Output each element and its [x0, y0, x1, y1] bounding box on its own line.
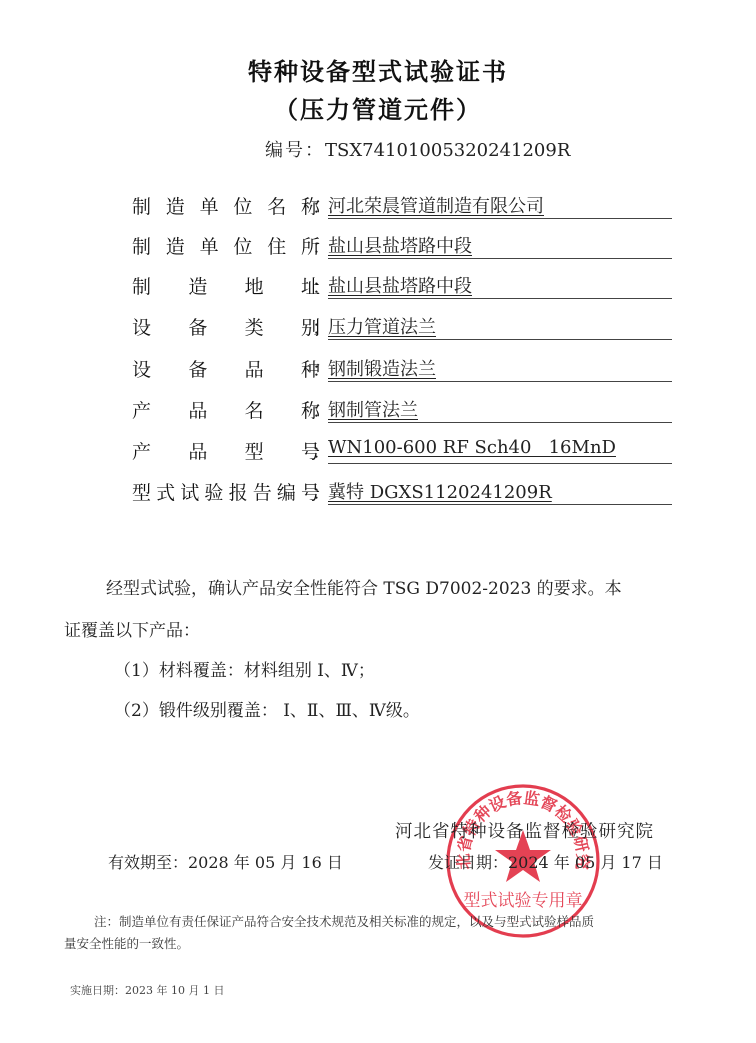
field-value: 钢制管法兰	[328, 396, 672, 423]
field-label: 设备品种	[132, 355, 320, 382]
field-label: 制造单位住所	[132, 232, 320, 259]
note-line-2: 量安全性能的一致性。	[64, 934, 189, 952]
field-value: 钢制锻造法兰	[328, 355, 672, 382]
field-label-char: 报	[229, 478, 248, 505]
issuing-authority: 河北省特种设备监督检验研究院	[395, 818, 654, 843]
field-value-text: 盐山县盐塔路中段	[328, 236, 472, 257]
field-label: 产品型号	[132, 437, 320, 464]
field-label: 产品名称	[132, 396, 320, 423]
field-label: 制造单位名称	[132, 192, 320, 219]
statement-line-2: 证覆盖以下产品：	[64, 616, 200, 641]
certificate-number-value: TSX74101005320241209R	[325, 140, 570, 161]
field-label-char: 设	[132, 355, 151, 382]
field-label-char: 位	[233, 232, 252, 259]
field-label-char: 型	[132, 478, 151, 505]
field-value-text: 钢制管法兰	[328, 400, 418, 421]
certificate-number-label: 编号：	[265, 140, 325, 161]
field-label-char: 制	[132, 192, 151, 219]
field-value-text: 钢制锻造法兰	[328, 359, 436, 380]
field-row: 设备类别：压力管道法兰	[132, 313, 672, 343]
field-label-char: 式	[156, 478, 175, 505]
coverage-item-2: （2）锻件级别覆盖： Ⅰ、Ⅱ、Ⅲ、Ⅳ级。	[114, 696, 420, 721]
field-label-char: 单	[200, 232, 219, 259]
field-label-char: 造	[166, 192, 185, 219]
field-value: WN100-600 RF Sch40 16MnD	[328, 437, 672, 464]
field-label-char: 验	[204, 478, 223, 505]
field-label-char: 产	[132, 396, 151, 423]
field-label-char: 试	[180, 478, 199, 505]
field-label: 制造地址	[132, 272, 320, 299]
field-value: 河北荣晨管道制造有限公司	[328, 192, 672, 219]
certificate-title: 特种设备型式试验证书	[0, 52, 756, 87]
field-label-char: 制	[132, 272, 151, 299]
field-label-char: 产	[132, 437, 151, 464]
field-value: 盐山县盐塔路中段	[328, 232, 672, 259]
field-label-char: 备	[188, 355, 207, 382]
field-label-char: 名	[245, 396, 264, 423]
issue-date: 发证日期：2024 年 05 月 17 日	[428, 850, 663, 873]
field-label-char: 编	[277, 478, 296, 505]
field-row: 设备品种：钢制锻造法兰	[132, 355, 672, 385]
statement-line-1: 经型式试验，确认产品安全性能符合 TSG D7002-2023 的要求。本	[106, 574, 622, 599]
field-row: 产品名称：钢制管法兰	[132, 396, 672, 426]
seal-bottom-text: 型式试验专用章	[464, 890, 583, 911]
field-label-char: 地	[245, 272, 264, 299]
field-label-char: 型	[245, 437, 264, 464]
field-label-char: 住	[267, 232, 286, 259]
field-label-char: 告	[253, 478, 272, 505]
field-value-text: 冀特 DGXS1120241209R	[328, 482, 552, 503]
field-label: 型式试验报告编号	[132, 478, 320, 505]
valid-until-date: 有效期至：2028 年 05 月 16 日	[108, 850, 343, 873]
field-row: 制造单位名称：河北荣晨管道制造有限公司	[132, 192, 672, 222]
field-label-char: 单	[200, 192, 219, 219]
field-label-char: 名	[267, 192, 286, 219]
field-row: 制造地址：盐山县盐塔路中段	[132, 272, 672, 302]
field-label-char: 类	[245, 313, 264, 340]
field-value: 盐山县盐塔路中段	[328, 272, 672, 299]
field-label-char: 制	[132, 232, 151, 259]
note-line-1: 注：制造单位有责任保证产品符合安全技术规范及相关标准的规定，以及与型式试验样品质	[94, 912, 594, 930]
field-value-text: 盐山县盐塔路中段	[328, 276, 472, 297]
field-label-char: 品	[188, 437, 207, 464]
field-label-char: 品	[245, 355, 264, 382]
field-label-char: 品	[188, 396, 207, 423]
certificate-number: 编号：TSX74101005320241209R	[265, 136, 570, 162]
field-value-text: 河北荣晨管道制造有限公司	[328, 196, 544, 217]
field-label-char: 备	[188, 313, 207, 340]
field-label-char: 造	[188, 272, 207, 299]
field-label-char: 设	[132, 313, 151, 340]
field-row: 制造单位住所：盐山县盐塔路中段	[132, 232, 672, 262]
certificate-subtitle: （压力管道元件）	[0, 90, 756, 125]
field-label-char: 造	[166, 232, 185, 259]
field-row: 产品型号：WN100-600 RF Sch40 16MnD	[132, 437, 672, 467]
field-label: 设备类别	[132, 313, 320, 340]
field-value: 压力管道法兰	[328, 313, 672, 340]
field-row: 型式试验报告编号：冀特 DGXS1120241209R	[132, 478, 672, 508]
field-label-char: 位	[233, 192, 252, 219]
field-value: 冀特 DGXS1120241209R	[328, 478, 672, 505]
coverage-item-1: （1）材料覆盖：材料组别 Ⅰ、Ⅳ；	[114, 656, 375, 681]
field-value-text: WN100-600 RF Sch40 16MnD	[328, 437, 616, 458]
field-value-text: 压力管道法兰	[328, 317, 436, 338]
implementation-date: 实施日期：2023 年 10 月 1 日	[70, 982, 224, 998]
